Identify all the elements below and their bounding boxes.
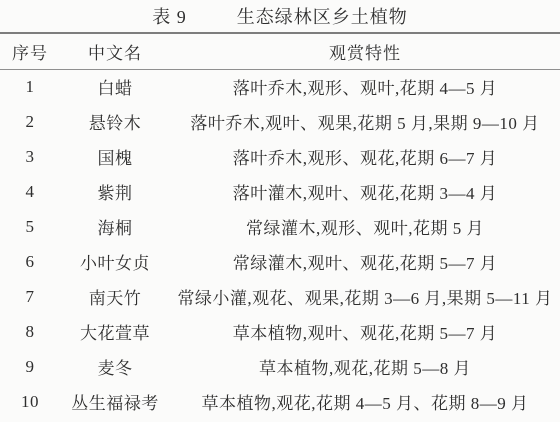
plants-table: 序号 中文名 观赏特性 1白蜡落叶乔木,观形、观叶,花期 4—5 月2悬铃木落叶… [0,32,560,419]
serial-cell: 9 [0,349,60,384]
serial-cell: 3 [0,139,60,174]
serial-cell: 7 [0,279,60,314]
column-header-chinese-name: 中文名 [60,33,170,69]
name-cell: 悬铃木 [60,104,170,139]
serial-cell: 10 [0,384,60,419]
column-header-ornamental-traits: 观赏特性 [170,33,560,69]
serial-cell: 8 [0,314,60,349]
table-caption: 表 9 生态绿林区乡土植物 [0,0,560,32]
name-cell: 大花萱草 [60,314,170,349]
serial-cell: 6 [0,244,60,279]
traits-cell: 落叶灌木,观叶、观花,花期 3—4 月 [170,174,560,209]
column-header-serial: 序号 [0,33,60,69]
table-row: 4紫荆落叶灌木,观叶、观花,花期 3—4 月 [0,174,560,209]
table-caption-label: 表 9 [152,3,187,29]
table-row: 2悬铃木落叶乔木,观叶、观果,花期 5 月,果期 9—10 月 [0,104,560,139]
table-row: 6小叶女贞常绿灌木,观叶、观花,花期 5—7 月 [0,244,560,279]
traits-cell: 常绿灌木,观叶、观花,花期 5—7 月 [170,244,560,279]
table-caption-title: 生态绿林区乡土植物 [237,3,408,29]
header-row: 序号 中文名 观赏特性 [0,33,560,69]
name-cell: 海桐 [60,209,170,244]
table-row: 7南天竹常绿小灌,观花、观果,花期 3—6 月,果期 5—11 月 [0,279,560,314]
name-cell: 白蜡 [60,69,170,104]
serial-cell: 5 [0,209,60,244]
traits-cell: 落叶乔木,观形、观花,花期 6—7 月 [170,139,560,174]
traits-cell: 草本植物,观花,花期 4—5 月、花期 8—9 月 [170,384,560,419]
table-row: 9麦冬草本植物,观花,花期 5—8 月 [0,349,560,384]
table-row: 1白蜡落叶乔木,观形、观叶,花期 4—5 月 [0,69,560,104]
traits-cell: 常绿小灌,观花、观果,花期 3—6 月,果期 5—11 月 [170,279,560,314]
traits-cell: 常绿灌木,观形、观叶,花期 5 月 [170,209,560,244]
serial-cell: 4 [0,174,60,209]
serial-cell: 1 [0,69,60,104]
name-cell: 南天竹 [60,279,170,314]
name-cell: 丛生福禄考 [60,384,170,419]
plants-table-header: 序号 中文名 观赏特性 [0,33,560,69]
name-cell: 小叶女贞 [60,244,170,279]
traits-cell: 草本植物,观花,花期 5—8 月 [170,349,560,384]
table-row: 5海桐常绿灌木,观形、观叶,花期 5 月 [0,209,560,244]
table-row: 10丛生福禄考草本植物,观花,花期 4—5 月、花期 8—9 月 [0,384,560,419]
plants-table-body: 1白蜡落叶乔木,观形、观叶,花期 4—5 月2悬铃木落叶乔木,观叶、观果,花期 … [0,69,560,419]
name-cell: 国槐 [60,139,170,174]
traits-cell: 草本植物,观叶、观花,花期 5—7 月 [170,314,560,349]
table-row: 8大花萱草草本植物,观叶、观花,花期 5—7 月 [0,314,560,349]
serial-cell: 2 [0,104,60,139]
name-cell: 紫荆 [60,174,170,209]
traits-cell: 落叶乔木,观形、观叶,花期 4—5 月 [170,69,560,104]
table-row: 3国槐落叶乔木,观形、观花,花期 6—7 月 [0,139,560,174]
traits-cell: 落叶乔木,观叶、观果,花期 5 月,果期 9—10 月 [170,104,560,139]
name-cell: 麦冬 [60,349,170,384]
scanned-table-page: 表 9 生态绿林区乡土植物 序号 中文名 观赏特性 1白蜡落叶乔木,观形、观叶,… [0,0,560,422]
